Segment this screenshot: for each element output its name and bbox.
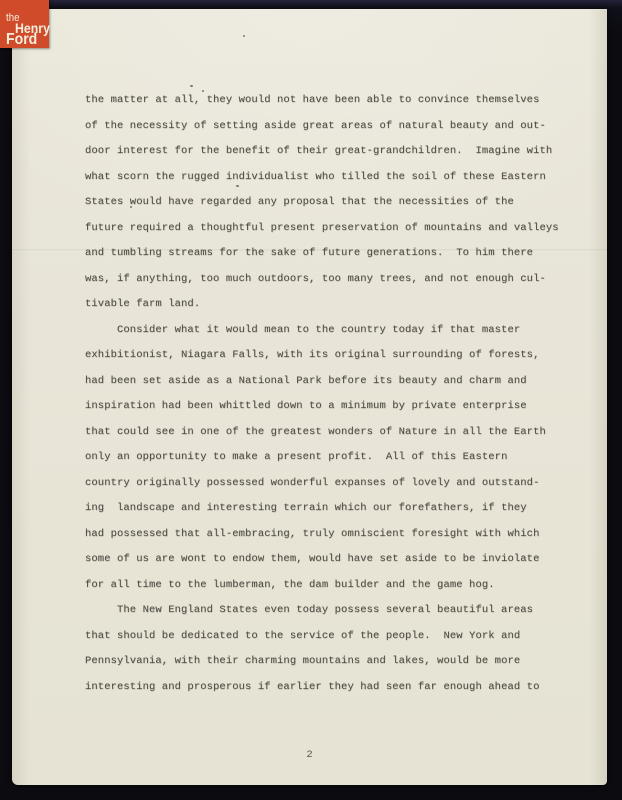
typed-line: what scorn the rugged individualist who … <box>85 165 565 191</box>
typed-line: exhibitionist, Niagara Falls, with its o… <box>85 343 565 369</box>
typed-line: ing landscape and interesting terrain wh… <box>85 496 565 522</box>
typed-line: was, if anything, too much outdoors, too… <box>85 267 565 293</box>
typed-line: only an opportunity to make a present pr… <box>85 445 565 471</box>
typed-line: had possessed that all-embracing, truly … <box>85 522 565 548</box>
typed-line: future required a thoughtful present pre… <box>85 216 565 242</box>
typed-line: and tumbling streams for the sake of fut… <box>85 241 565 267</box>
scan-speck <box>243 35 245 37</box>
paragraph-3: The New England States even today posses… <box>85 598 565 700</box>
typed-line: the matter at all, they would not have b… <box>85 88 565 114</box>
typed-text-block: the matter at all, they would not have b… <box>85 88 565 700</box>
typed-line: that should be dedicated to the service … <box>85 624 565 650</box>
paragraph-2: Consider what it would mean to the count… <box>85 318 565 599</box>
typed-line: that could see in one of the greatest wo… <box>85 420 565 446</box>
typed-line: some of us are wont to endow them, would… <box>85 547 565 573</box>
typed-line: for all time to the lumberman, the dam b… <box>85 573 565 599</box>
typed-line: States would have regarded any proposal … <box>85 190 565 216</box>
typed-line: country originally possessed wonderful e… <box>85 471 565 497</box>
page-number: 2 <box>12 749 607 761</box>
typed-line: Consider what it would mean to the count… <box>85 318 565 344</box>
henry-ford-logo: the Henry Ford <box>0 0 49 48</box>
typed-line: of the necessity of setting aside great … <box>85 114 565 140</box>
typed-line: tivable farm land. <box>85 292 565 318</box>
typed-line: The New England States even today posses… <box>85 598 565 624</box>
typed-line: interesting and prosperous if earlier th… <box>85 675 565 701</box>
logo-text-ford: Ford <box>6 32 37 48</box>
typed-line: door interest for the benefit of their g… <box>85 139 565 165</box>
paragraph-1: the matter at all, they would not have b… <box>85 88 565 318</box>
typed-line: had been set aside as a National Park be… <box>85 369 565 395</box>
typed-line: Pennsylvania, with their charming mounta… <box>85 649 565 675</box>
typed-line: inspiration had been whittled down to a … <box>85 394 565 420</box>
document-paper: the matter at all, they would not have b… <box>12 9 607 785</box>
scan-frame: the matter at all, they would not have b… <box>0 0 622 800</box>
scan-speck <box>190 85 193 87</box>
